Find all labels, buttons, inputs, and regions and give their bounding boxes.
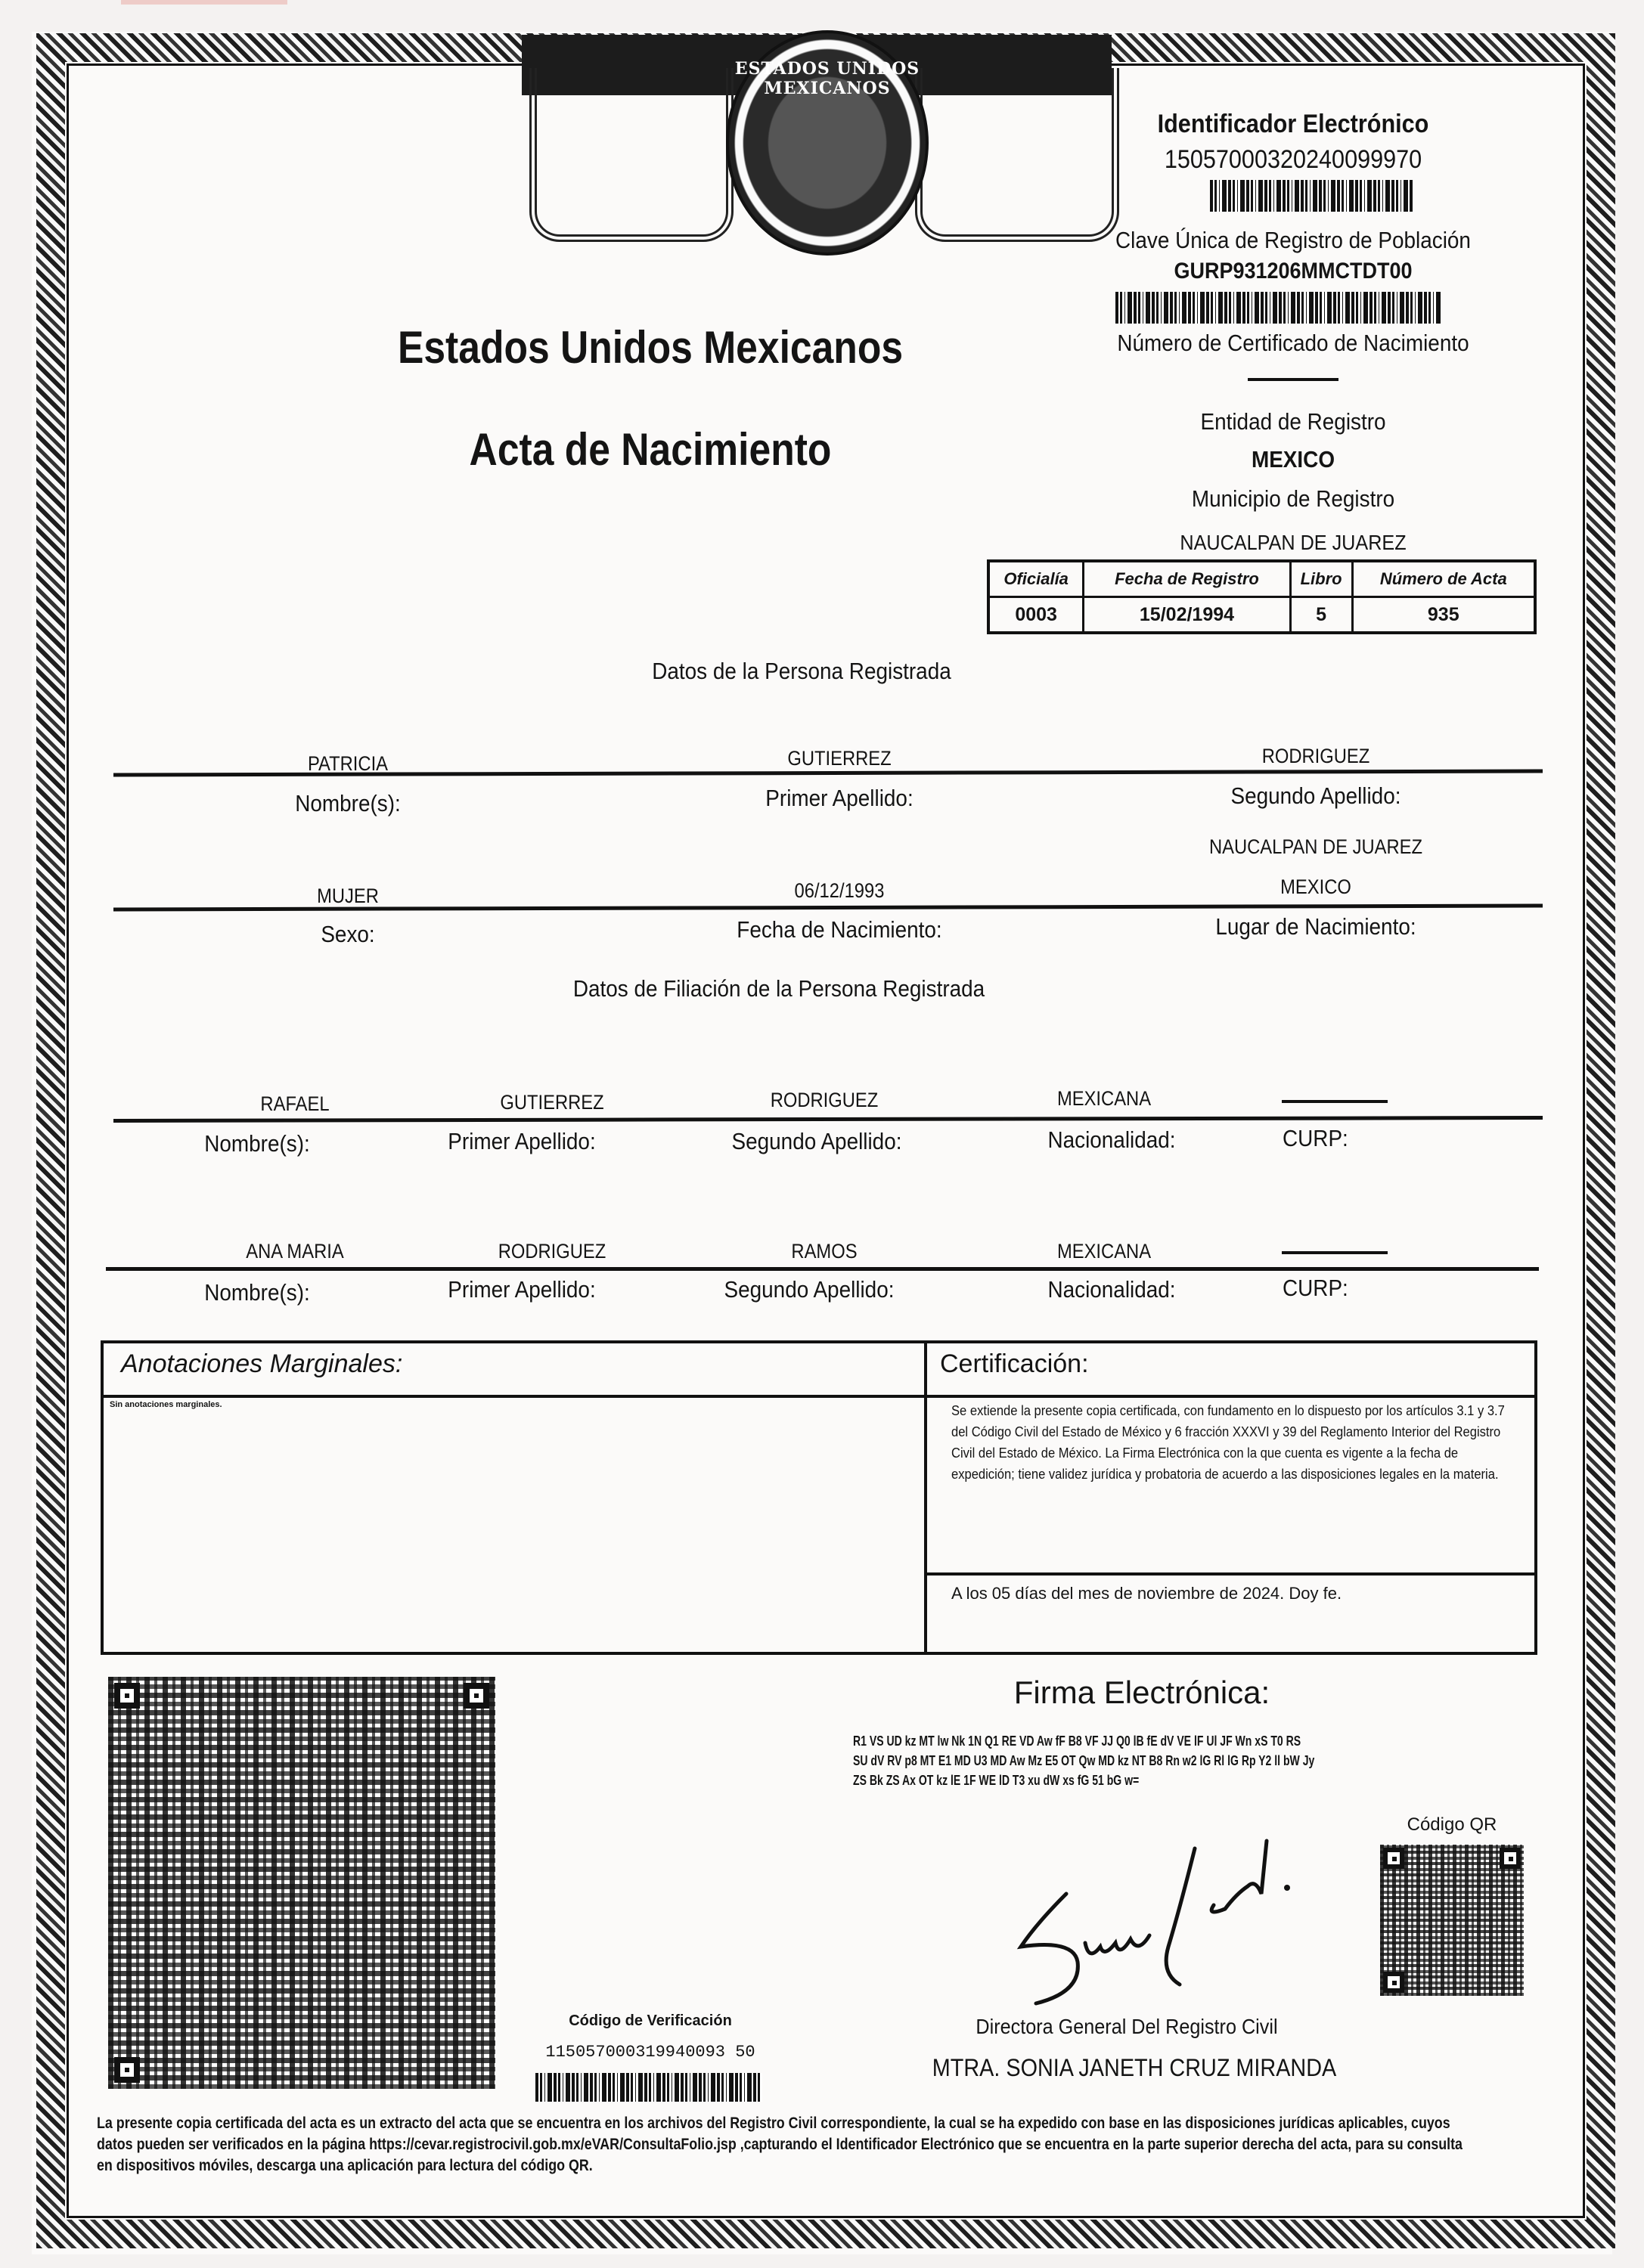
parents-section-title: Datos de Filiación de la Persona Registr… — [486, 975, 1072, 1002]
parent-name-label: Nombre(s): — [155, 1279, 359, 1306]
signature-hash-line: ZS Bk ZS Ax OT kz lE 1F WE lD T3 xu dW x… — [853, 1771, 1384, 1790]
birth-certificate-number-blank — [1248, 378, 1338, 381]
signature-hash-line: R1 VS UD kz MT lw Nk 1N Q1 RE VD Aw fF B… — [853, 1731, 1384, 1751]
curp-barcode — [1115, 292, 1441, 324]
parent-second-surname: RAMOS — [731, 1240, 917, 1263]
birth-date-label: Fecha de Nacimiento: — [696, 916, 982, 943]
sex-value: MUJER — [241, 885, 454, 908]
parent-name: RAFAEL — [202, 1092, 388, 1116]
annotations-certification-box — [101, 1340, 1537, 1655]
header-libro: Libro — [1290, 561, 1352, 597]
parent-nationality-label: Nacionalidad: — [1010, 1126, 1214, 1154]
header-numero-acta: Número de Acta — [1352, 561, 1535, 597]
parent-name: ANA MARIA — [202, 1240, 388, 1263]
box-header-rule — [101, 1395, 1537, 1398]
qr-finder-icon — [1383, 1848, 1404, 1869]
parent-underline — [106, 1267, 1539, 1271]
parent-first-surname-label: Primer Apellido: — [420, 1128, 624, 1155]
verification-barcode — [535, 2073, 762, 2102]
country-title: Estados Unidos Mexicanos — [338, 321, 963, 373]
parent-second-surname-label: Segundo Apellido: — [708, 1128, 926, 1155]
registered-person-section-title: Datos de la Persona Registrada — [509, 658, 1094, 685]
annotations-text: Sin anotaciones marginales. — [110, 1400, 222, 1409]
birth-date-value: 06/12/1993 — [733, 879, 946, 903]
birth-place-municipality: NAUCALPAN DE JUAREZ — [1156, 835, 1475, 859]
municipality-label: Municipio de Registro — [1082, 485, 1504, 513]
ornament-left-icon — [529, 68, 734, 242]
parent-first-surname: RODRIGUEZ — [459, 1240, 645, 1263]
birth-place-state: MEXICO — [1209, 875, 1422, 899]
sex-label: Sexo: — [239, 921, 457, 948]
entity-label: Entidad de Registro — [1082, 408, 1504, 435]
parent-curp-blank — [1282, 1100, 1388, 1103]
first-surname-value: GUTIERREZ — [733, 747, 946, 770]
seal-text: ESTADOS UNIDOS MEXICANOS — [729, 59, 926, 98]
certification-date-rule — [924, 1572, 1537, 1576]
parent-nationality-label: Nacionalidad: — [1010, 1276, 1214, 1303]
signer-title: Directora General Del Registro Civil — [943, 2015, 1311, 2039]
header-fecha-registro: Fecha de Registro — [1084, 561, 1290, 597]
curp-value[interactable]: GURP931206MMCTDT00 — [1082, 259, 1504, 284]
birth-place-label: Lugar de Nacimiento: — [1180, 913, 1452, 940]
second-surname-value: RODRIGUEZ — [1209, 745, 1422, 768]
electronic-id-label: Identificador Electrónico — [1082, 110, 1504, 139]
parent-name-label: Nombre(s): — [155, 1130, 359, 1157]
parent-nationality: MEXICANA — [1011, 1087, 1197, 1111]
annotations-title: Anotaciones Marginales: — [121, 1349, 402, 1379]
second-surname-label: Segundo Apellido: — [1186, 782, 1445, 810]
qr-label: Código QR — [1376, 1814, 1528, 1836]
parent-second-surname: RODRIGUEZ — [731, 1089, 917, 1112]
verification-label: Código de Verificación — [529, 2012, 771, 2030]
electronic-id-barcode — [1210, 180, 1414, 212]
registry-table: Oficialía Fecha de Registro Libro Número… — [987, 559, 1537, 634]
signature-hash-line: SU dV RV p8 MT E1 MD U3 MD Aw Mz E5 OT Q… — [853, 1751, 1384, 1771]
box-divider — [924, 1340, 927, 1655]
verification-qr-code[interactable] — [108, 1677, 495, 2089]
certification-date: A los 05 días del mes de noviembre de 20… — [951, 1584, 1342, 1603]
parent-curp-blank — [1282, 1251, 1388, 1254]
header-oficialia: Oficialía — [988, 561, 1084, 597]
curp-label: Clave Única de Registro de Población — [1082, 227, 1504, 254]
verification-code[interactable]: 115057000319940093 50 — [529, 2043, 771, 2062]
municipality-value: NAUCALPAN DE JUAREZ — [1082, 531, 1504, 555]
qr-finder-icon — [114, 1683, 140, 1709]
entity-value: MEXICO — [1082, 446, 1504, 473]
certification-text: Se extiende la presente copia certificad… — [951, 1400, 1508, 1485]
signature-hash: R1 VS UD kz MT lw Nk 1N Q1 RE VD Aw fF B… — [853, 1731, 1384, 1790]
qr-finder-icon — [114, 2057, 140, 2083]
national-coat-of-arms-icon: ESTADOS UNIDOS MEXICANOS — [726, 30, 929, 256]
qr-finder-icon — [1383, 1972, 1404, 1993]
parent-first-surname: GUTIERREZ — [459, 1091, 645, 1114]
footer-legal-text: La presente copia certificada del acta e… — [97, 2113, 1472, 2177]
first-surname-label: Primer Apellido: — [730, 785, 948, 812]
value-fecha-registro: 15/02/1994 — [1084, 597, 1290, 634]
first-name-label: Nombre(s): — [239, 790, 457, 817]
parent-curp-label: CURP: — [1283, 1275, 1364, 1302]
parent-second-surname-label: Segundo Apellido: — [700, 1276, 918, 1303]
value-oficialia: 0003 — [988, 597, 1084, 634]
certification-title: Certificación: — [940, 1349, 1089, 1379]
parent-nationality: MEXICANA — [1011, 1240, 1197, 1263]
document-title: Acta de Nacimiento — [338, 423, 963, 476]
value-libro: 5 — [1290, 597, 1352, 634]
qr-finder-icon — [1500, 1848, 1521, 1869]
birth-certificate-number-label: Número de Certificado de Nacimiento — [1082, 330, 1504, 357]
qr-finder-icon — [464, 1683, 489, 1709]
parent-first-surname-label: Primer Apellido: — [420, 1276, 624, 1303]
signature-qr-code[interactable] — [1380, 1845, 1524, 1996]
parent-curp-label: CURP: — [1283, 1125, 1364, 1152]
value-numero-acta: 935 — [1352, 597, 1535, 634]
signature-title: Firma Electrónica: — [945, 1675, 1338, 1711]
handwritten-signature-icon — [1006, 1833, 1308, 2015]
signer-name: MTRA. SONIA JANETH CRUZ MIRANDA — [930, 2054, 1338, 2082]
paper-tab — [121, 0, 287, 5]
electronic-id[interactable]: 15057000320240099970 — [1082, 145, 1504, 175]
